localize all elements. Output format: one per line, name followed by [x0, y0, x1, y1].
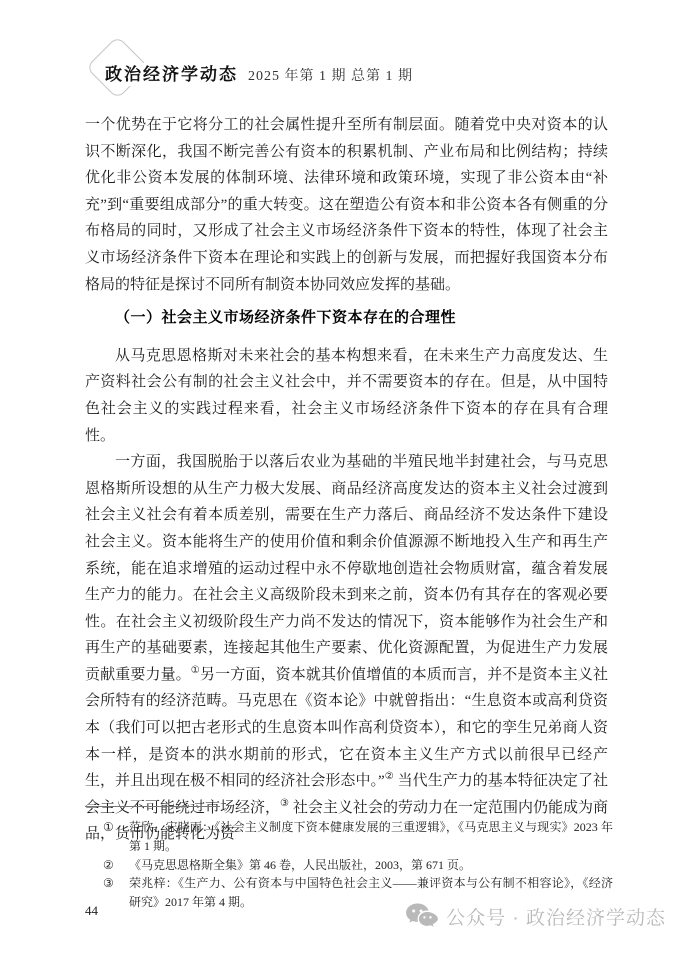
journal-title: 政治经济学动态 [105, 63, 240, 86]
wechat-watermark: 公众号 · 政治经济学动态 [405, 902, 666, 931]
paragraph-continuation: 一个优势在于它将分工的社会属性提升至所有制层面。随着党中央对资本的认识不断深化，… [85, 112, 608, 298]
footnotes: ① 范欣、宋晓雨：《社会主义制度下资本健康发展的三重逻辑》，《马克思主义与现实》… [85, 818, 613, 912]
footnote-text: 《马克思恩格斯全集》第 46 卷，人民出版社，2003，第 671 页。 [129, 856, 613, 875]
footnote-item: ① 范欣、宋晓雨：《社会主义制度下资本健康发展的三重逻辑》，《马克思主义与现实》… [85, 818, 613, 856]
footnote-item: ② 《马克思恩格斯全集》第 46 卷，人民出版社，2003，第 671 页。 [85, 856, 613, 875]
page-header: 政治经济学动态2025 年第 1 期 总第 1 期 [105, 60, 413, 85]
paragraph-3: 一方面，我国脱胎于以落后农业为基础的半殖民地半封建社会，与马克思恩格斯所设想的从… [85, 449, 608, 848]
footnote-divider [85, 806, 220, 807]
footnote-marker: ③ [103, 874, 129, 912]
footnote-text: 范欣、宋晓雨：《社会主义制度下资本健康发展的三重逻辑》，《马克思主义与现实》20… [129, 818, 613, 856]
article-body: 一个优势在于它将分工的社会属性提升至所有制层面。随着党中央对资本的认识不断深化，… [85, 112, 608, 848]
journal-page: 政治经济学动态2025 年第 1 期 总第 1 期 一个优势在于它将分工的社会属… [0, 0, 688, 960]
section-heading: （一）社会主义市场经济条件下资本存在的合理性 [85, 305, 608, 332]
footnote-marker: ① [103, 818, 129, 856]
watermark-text: 公众号 · 政治经济学动态 [446, 903, 666, 930]
page-number: 44 [85, 903, 98, 919]
issue-info: 2025 年第 1 期 总第 1 期 [248, 69, 413, 84]
paragraph-2: 从马克思恩格斯对未来社会的基本构想来看，在未来生产力高度发达、生产资料社会公有制… [85, 343, 608, 449]
footnote-marker: ② [103, 856, 129, 875]
wechat-icon [405, 902, 439, 931]
